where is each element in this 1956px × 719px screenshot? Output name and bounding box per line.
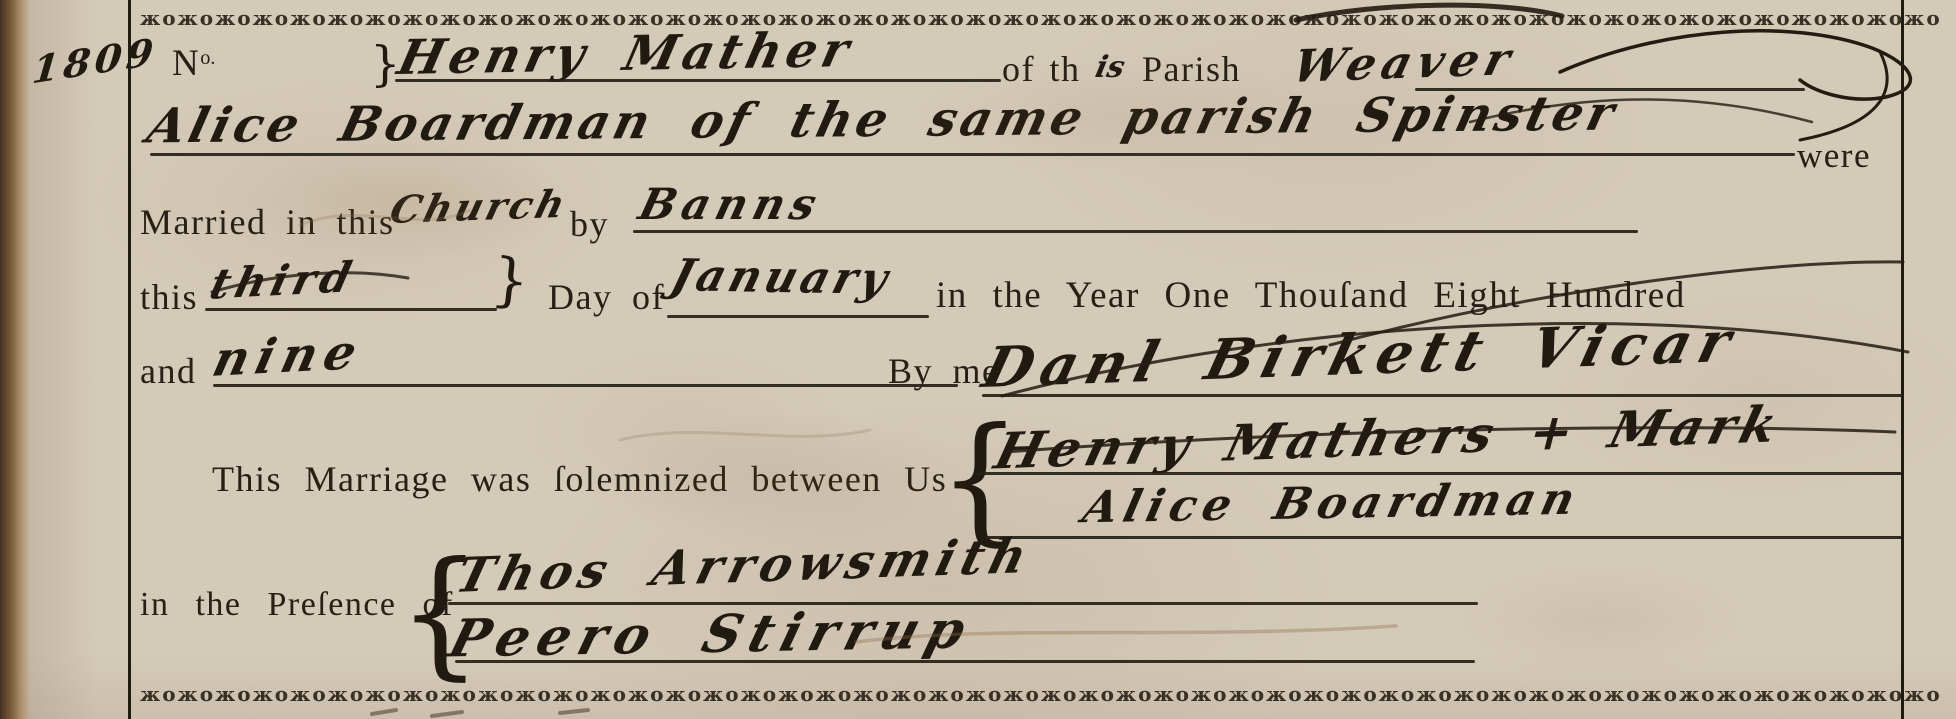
bride-entry: Alice Boardman of the same parish Spinst… (142, 86, 1624, 155)
groom-name-line (395, 79, 1001, 82)
is-hand: is (1092, 50, 1128, 85)
of-this-label: of th (1002, 48, 1081, 90)
month-line (667, 315, 929, 318)
witness2-line (455, 660, 1475, 663)
right-form-rule (1901, 0, 1904, 719)
parish-label: Parish (1142, 48, 1241, 90)
groom-occupation: Weaver (1287, 32, 1522, 93)
day-hand: third (205, 252, 361, 308)
paper-stain (1450, 560, 1750, 680)
officiant-signature: Danl Birkett Vicar (976, 309, 1745, 401)
day-line (205, 308, 497, 311)
year-word-hand: nine (207, 324, 369, 388)
register-page: 1809 жожожожожожожожожожожожожожожожожож… (0, 0, 1956, 719)
no-label-sup: o. (200, 47, 215, 69)
year-printed: in the Year One Thouſand Eight Hundred (936, 274, 1686, 317)
bottom-cutoff-marks (372, 710, 588, 716)
day-of-label: Day of (548, 276, 665, 318)
margin-year: 1809 (30, 29, 159, 92)
no-label-n: N (172, 43, 200, 84)
witness1-signature: Thos Arrowsmith (450, 528, 1038, 604)
no-label: No. (172, 42, 216, 85)
were-label: were (1797, 136, 1871, 176)
occupation-flourish-tail (1800, 52, 1887, 140)
left-form-rule (128, 0, 131, 719)
bride-signature: Alice Boardman (1078, 474, 1586, 534)
bleedthrough-loops-mid (620, 430, 870, 440)
month-hand: January (666, 250, 897, 305)
married-label: Married in this (140, 201, 394, 243)
day-bracket: } (489, 244, 533, 315)
by-label: by (570, 203, 609, 245)
banns-hand: Banns (634, 180, 827, 230)
and-label: and (140, 350, 196, 392)
banns-line (633, 230, 1638, 233)
church-hand: Church (386, 181, 573, 232)
year-word-line (213, 384, 958, 387)
groom-signature: Henry Mathers + Mark (989, 394, 1788, 480)
bride-signature-line (985, 536, 1902, 539)
solemnized-label: This Marriage was ſolemnized between Us (212, 458, 947, 500)
groom-name: Henry Mather (393, 22, 860, 86)
groom-signature-line (975, 472, 1902, 475)
binding-edge (0, 0, 30, 719)
witness2-signature: Peero Stirrup (443, 599, 980, 669)
bride-entry-line (150, 153, 1795, 156)
ornament-border-top: жожожожожожожожожожожожожожожожожожожожо… (140, 4, 1942, 32)
this-label: this (140, 276, 198, 318)
